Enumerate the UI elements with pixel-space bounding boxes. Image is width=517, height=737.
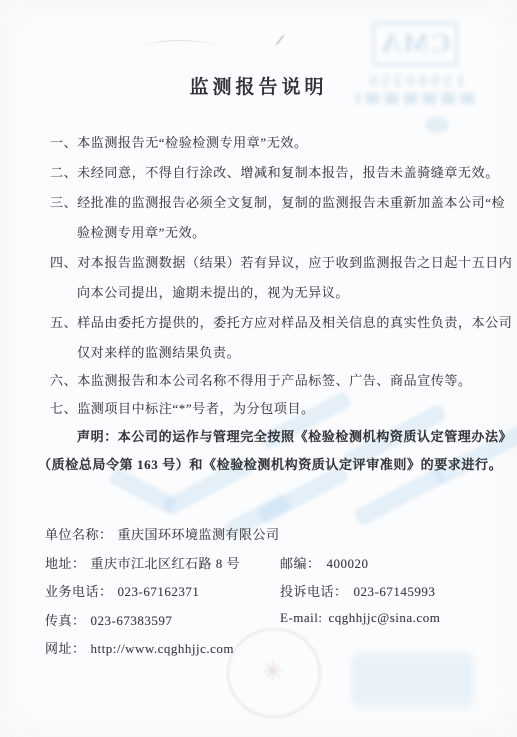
complaint-phone-value: 023-67145993 <box>354 584 436 599</box>
note-line-1: 一、本监测报告无“检验检测专用章”无效。 <box>50 132 308 151</box>
company-name-label: 单位名称： <box>45 527 113 542</box>
complaint-phone-label: 投诉电话： <box>280 584 348 599</box>
stripe-watermark <box>108 467 178 515</box>
address-value: 重庆市江北区红石路 8 号 <box>91 556 241 571</box>
pencil-mark-artifact <box>143 40 215 51</box>
note-line-3b: 验检测专用章”无效。 <box>77 222 206 241</box>
declaration-line-2: （质检总局令第 163 号）和《检验检测机构资质认定评审准则》的要求进行。 <box>38 454 502 473</box>
email-value: cqghhjjc@sina.com <box>329 610 441 625</box>
stripe-watermark <box>257 464 350 524</box>
note-line-4a: 四、对本报告监测数据（结果）若有异议，应于收到监测报告之日起十五日内 <box>50 252 512 271</box>
postcode-label: 邮编： <box>280 556 321 571</box>
note-line-3a: 三、经批准的监测报告必须全文复制，复制的监测报告未重新加盖本公司“检 <box>50 192 505 211</box>
business-phone-label: 业务电话： <box>45 584 113 599</box>
note-line-5a: 五、样品由委托方提供的，委托方应对样品及相关信息的真实性负责，本公司 <box>50 312 512 331</box>
website-label: 网址： <box>45 641 86 656</box>
declaration-line-1: 声明：本公司的运作与管理完全按照《检验检测机构资质认定管理办法》 <box>77 426 512 445</box>
website-value: http://www.cqghhjjc.com <box>91 641 235 656</box>
page-title: 监测报告说明 <box>0 72 517 99</box>
note-line-2: 二、未经同意，不得自行涂改、增减和复制本报告，报告未盖骑缝章无效。 <box>50 162 499 181</box>
ink-blob-artifact <box>425 117 449 133</box>
fax-value: 023-67383597 <box>91 613 173 628</box>
contact-row-fax-email: 传真：023-67383597 E-mail:cqghhjjc@sina.com <box>45 610 505 629</box>
note-line-7: 七、监测项目中标注“*”号者，为分包项目。 <box>50 398 315 417</box>
blue-blob-bleed <box>352 652 474 708</box>
company-name-value: 重庆国环环境监测有限公司 <box>118 527 280 542</box>
email-label: E-mail: <box>280 610 323 625</box>
address-label: 地址： <box>45 556 86 571</box>
contact-row-website: 网址：http://www.cqghhjjc.com <box>45 638 505 657</box>
tick-mark-artifact <box>276 35 285 46</box>
postcode-value: 400020 <box>327 556 369 571</box>
note-line-5b: 仅对来样的监测结果负责。 <box>77 342 240 361</box>
contact-row-phones: 业务电话：023-67162371 投诉电话：023-67145993 <box>45 581 505 600</box>
business-phone-value: 023-67162371 <box>118 584 200 599</box>
note-line-4b: 向本公司提出，逾期未提出的，视为无异议。 <box>77 282 349 301</box>
contact-row-company: 单位名称：重庆国环环境监测有限公司 <box>45 524 505 543</box>
note-line-6: 六、本监测报告和本公司名称不得用于产品标签、广告、商品宣传等。 <box>50 370 472 389</box>
stamp-star-bleed: ✳ <box>262 662 284 682</box>
stripe-watermark <box>354 466 447 526</box>
contact-row-address: 地址：重庆市江北区红石路 8 号 邮编：400020 <box>45 553 505 572</box>
fax-label: 传真： <box>45 613 86 628</box>
cma-logo-icon: CMA <box>372 22 458 66</box>
document-page: CMA 13900256 ✳ 监测报告说明 一、本监测报告无“检验检测专用章”无… <box>0 0 517 737</box>
